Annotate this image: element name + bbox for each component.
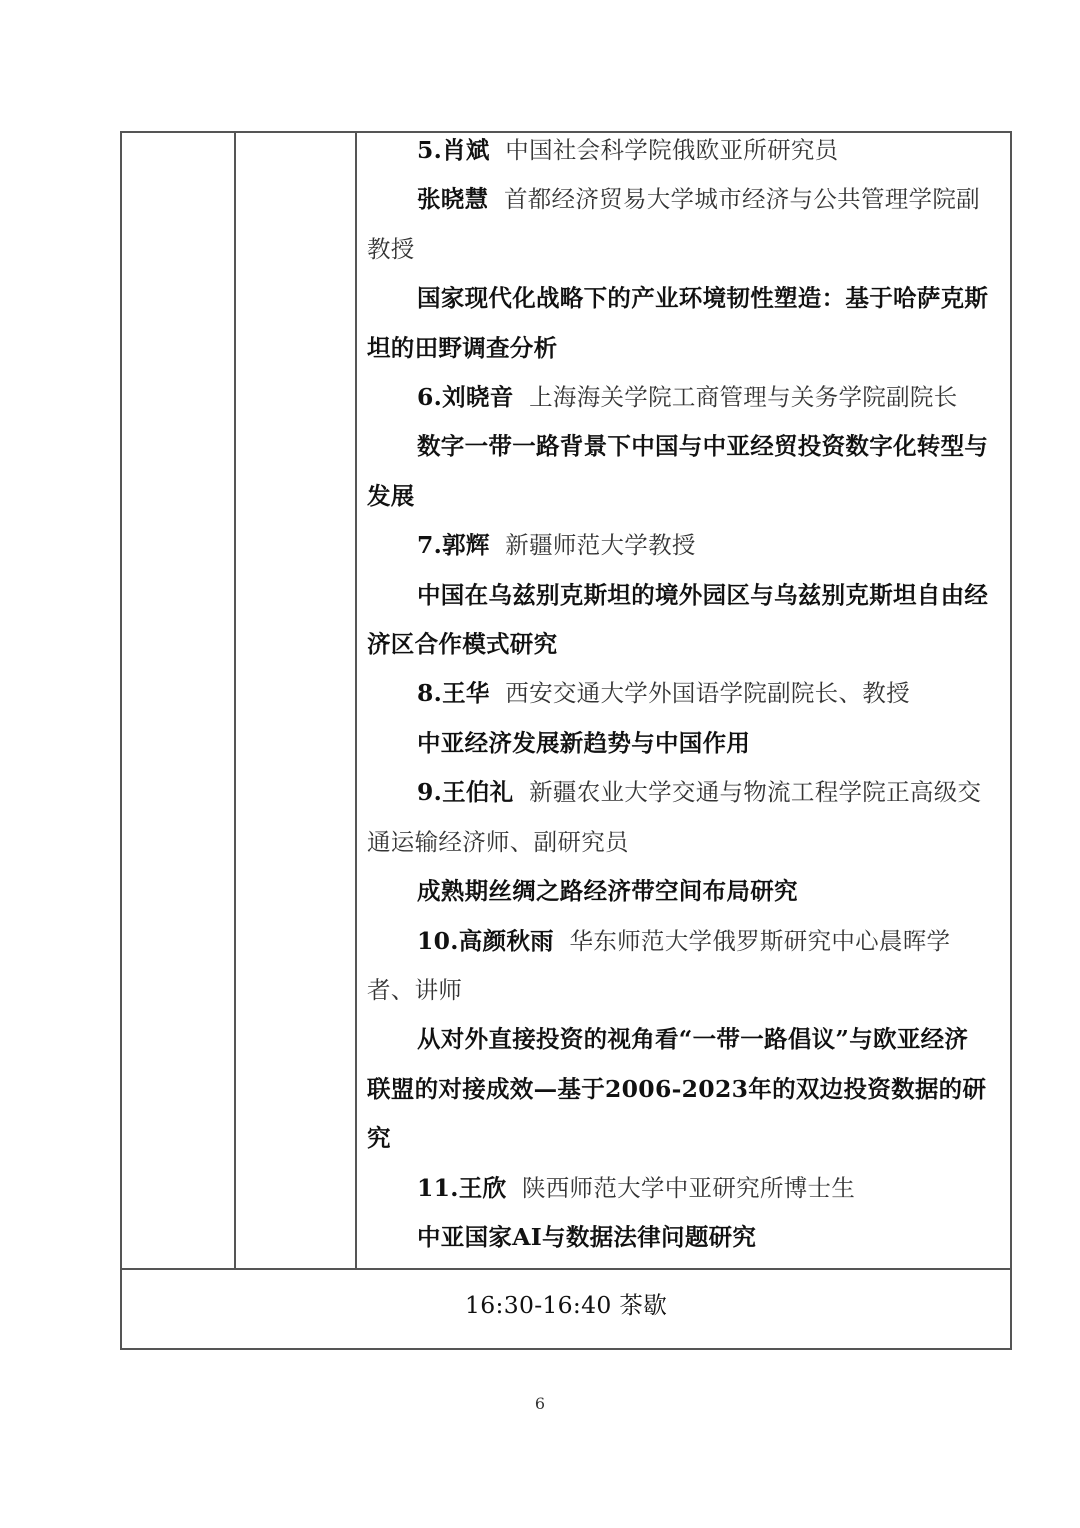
presenter-name: 6.刘晓音 xyxy=(417,383,514,411)
presentations-cell: 5.肖斌 中国社会科学院俄欧亚所研究员 张晓慧 首都经济贸易大学城市经济与公共管… xyxy=(357,133,1010,1268)
paper-title: 中亚经济发展新趋势与中国作用 xyxy=(367,719,992,768)
presenter-line: 8.王华 西安交通大学外国语学院副院长、教授 xyxy=(367,669,992,718)
presenter-name: 7.郭辉 xyxy=(417,531,490,559)
time-cell xyxy=(122,133,236,1268)
presenter-affiliation: 新疆师范大学教授 xyxy=(505,531,695,559)
presenter-name: 8.王华 xyxy=(417,679,490,707)
presenter-affiliation: 陕西师范大学中亚研究所博士生 xyxy=(522,1174,855,1202)
paper-title: 成熟期丝绸之路经济带空间布局研究 xyxy=(367,867,992,916)
presenter-line: 6.刘晓音 上海海关学院工商管理与关务学院副院长 xyxy=(367,373,992,422)
session-cell xyxy=(236,133,357,1268)
page-number: 6 xyxy=(0,1394,1080,1413)
presenter-name: 5.肖斌 xyxy=(417,136,490,164)
table-row-presentations: 5.肖斌 中国社会科学院俄欧亚所研究员 张晓慧 首都经济贸易大学城市经济与公共管… xyxy=(122,133,1010,1270)
presenter-affiliation: 中国社会科学院俄欧亚所研究员 xyxy=(505,136,838,164)
presenter-line: 张晓慧 首都经济贸易大学城市经济与公共管理学院副教授 xyxy=(367,175,992,274)
paper-title: 中国在乌兹别克斯坦的境外园区与乌兹别克斯坦自由经济区合作模式研究 xyxy=(367,571,992,670)
presenter-name: 9.王伯礼 xyxy=(417,778,514,806)
presenter-line: 9.王伯礼 新疆农业大学交通与物流工程学院正高级交通运输经济师、副研究员 xyxy=(367,768,992,867)
schedule-table: 5.肖斌 中国社会科学院俄欧亚所研究员 张晓慧 首都经济贸易大学城市经济与公共管… xyxy=(120,131,1012,1350)
table-row-tea-break: 16:30-16:40 茶歇 xyxy=(122,1270,1010,1348)
presenter-line: 7.郭辉 新疆师范大学教授 xyxy=(367,521,992,570)
presenter-line: 10.高颜秋雨 华东师范大学俄罗斯研究中心晨晖学者、讲师 xyxy=(367,917,992,1016)
presenter-affiliation: 上海海关学院工商管理与关务学院副院长 xyxy=(529,383,957,411)
paper-title: 从对外直接投资的视角看“一带一路倡议”与欧亚经济联盟的对接成效—基于2006-2… xyxy=(367,1015,992,1163)
presenter-line: 11.王欣 陕西师范大学中亚研究所博士生 xyxy=(367,1164,992,1213)
presenter-name: 10.高颜秋雨 xyxy=(417,927,554,955)
presenter-line: 5.肖斌 中国社会科学院俄欧亚所研究员 xyxy=(367,126,992,175)
presenter-name: 张晓慧 xyxy=(417,185,488,213)
paper-title: 国家现代化战略下的产业环境韧性塑造：基于哈萨克斯坦的田野调查分析 xyxy=(367,274,992,373)
paper-title: 中亚国家AI与数据法律问题研究 xyxy=(367,1213,992,1262)
tea-break-label: 16:30-16:40 茶歇 xyxy=(465,1286,667,1320)
paper-title: 数字一带一路背景下中国与中亚经贸投资数字化转型与发展 xyxy=(367,422,992,521)
presenter-name: 11.王欣 xyxy=(417,1174,506,1202)
presenter-affiliation: 西安交通大学外国语学院副院长、教授 xyxy=(505,679,910,707)
